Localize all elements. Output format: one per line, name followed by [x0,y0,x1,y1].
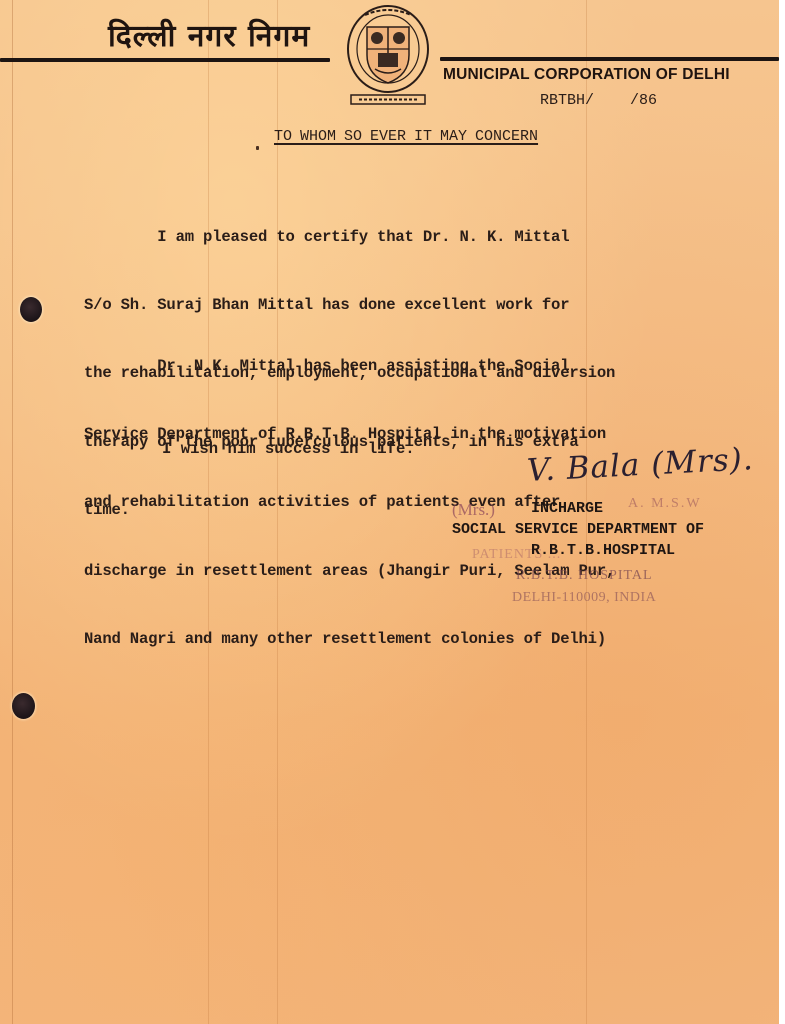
stamp-address: DELHI-110009, INDIA [512,590,656,606]
punch-hole [20,297,42,322]
municipal-crest-icon [345,3,431,107]
ink-mark [256,146,259,150]
punch-hole [12,693,35,719]
stamp-degree: A. M.S.W [628,496,702,512]
letterhead-english-name: MUNICIPAL CORPORATION OF DELHI [443,66,730,84]
signatory-title: INCHARGE [531,500,603,517]
letterhead-rule-left [0,58,330,62]
signatory-department: SOCIAL SERVICE DEPARTMENT OF [452,521,704,538]
text-line: Nand Nagri and many other resettlement c… [84,628,615,651]
stamp-prefix: (Mrs.) [452,500,495,520]
letter-heading: TO WHOM SO EVER IT MAY CONCERN [274,128,538,145]
signatory-hospital: R.B.T.B.HOSPITAL [531,542,675,559]
text-line: I am pleased to certify that Dr. N. K. M… [84,226,615,249]
letter-page: दिल्ली नगर निगम MUNICIPAL CORPORATION OF… [0,0,779,1024]
text-line: Dr. N.K. Mittal has been assisting the S… [84,355,615,378]
letterhead-rule-right [440,57,779,61]
stamp-hospital: R.B.T.B. HOSPITAL [516,568,653,584]
letterhead-hindi-name: दिल्ली नगर निगम [108,14,310,55]
closing-line: I wish him success in life. [162,440,415,458]
reference-number: RBTBH/ /86 [540,92,657,109]
paper-crease [12,0,13,1024]
